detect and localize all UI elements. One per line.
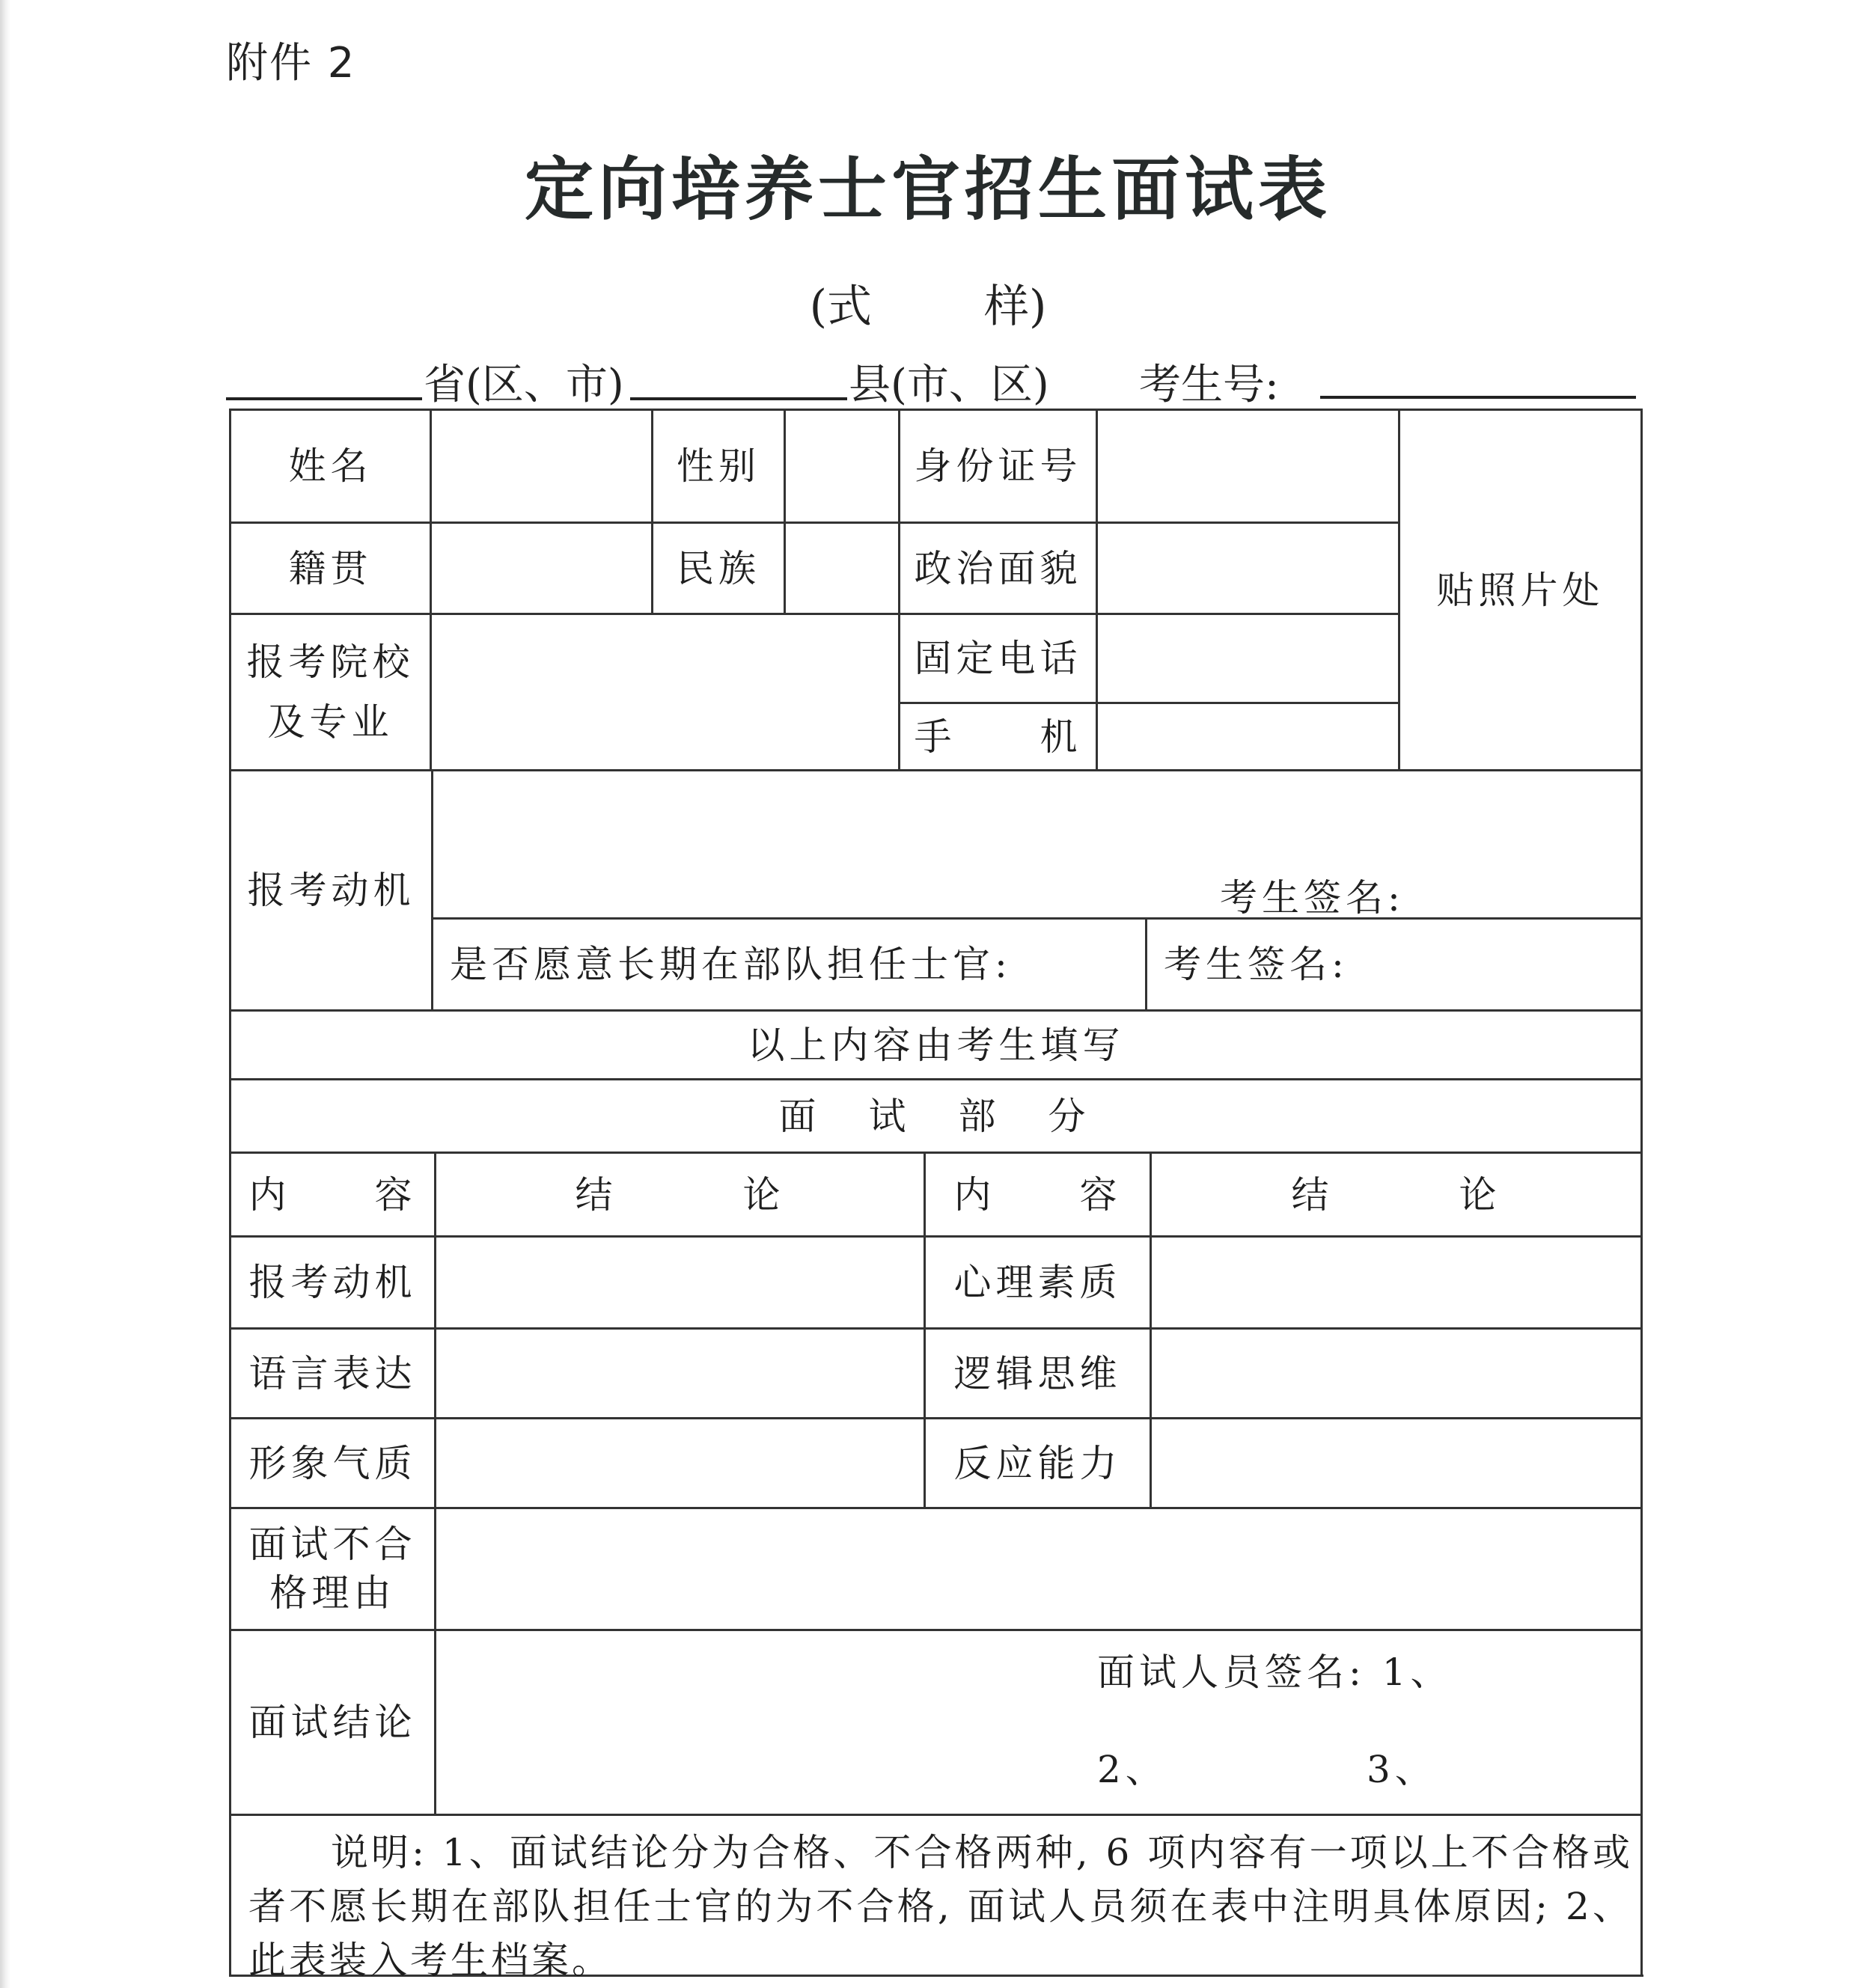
political-status-label: 政治面貌 xyxy=(900,524,1096,613)
fail-reason-field[interactable] xyxy=(436,1509,1640,1629)
fail-reason-label: 面试不合 格理由 xyxy=(231,1509,434,1629)
interviewer-2-label: 2、 xyxy=(1097,1740,1167,1793)
photo-placeholder[interactable]: 贴照片处 xyxy=(1400,411,1640,769)
county-label: 县(市、区) xyxy=(849,352,1049,412)
fail-reason-label-line2: 格理由 xyxy=(270,1569,396,1618)
landline-label: 固定电话 xyxy=(900,615,1096,702)
result-reaction[interactable] xyxy=(1152,1419,1640,1507)
item-psychological: 心理素质 xyxy=(926,1238,1150,1327)
exam-number-label: 考生号: xyxy=(1139,352,1279,412)
table-border-right xyxy=(1640,409,1643,1977)
result-image[interactable] xyxy=(436,1419,924,1507)
result-motivation[interactable] xyxy=(436,1238,924,1327)
id-number-label: 身份证号 xyxy=(900,411,1096,522)
result-language[interactable] xyxy=(436,1330,924,1417)
instructions-note: 说明: 1、面试结论分为合格、不合格两种, 6 项内容有一项以上不合格或者不愿长… xyxy=(248,1826,1633,1987)
subtitle-close: 样) xyxy=(984,281,1046,333)
item-language: 语言表达 xyxy=(231,1330,434,1417)
interviewer-3-label: 3、 xyxy=(1367,1740,1437,1793)
school-major-label: 报考院校 及专业 xyxy=(231,615,430,769)
item-logic: 逻辑思维 xyxy=(926,1330,1150,1417)
candidate-signature-label-2: 考生签名: xyxy=(1147,920,1640,1009)
fail-reason-label-line1: 面试不合 xyxy=(249,1520,417,1569)
mobile-field[interactable] xyxy=(1098,704,1398,769)
candidate-signature-label: 考生签名: xyxy=(1220,868,1405,922)
province-label: 省(区、市) xyxy=(424,352,624,412)
school-major-field[interactable] xyxy=(432,615,898,769)
motivation-field[interactable] xyxy=(433,771,1640,917)
name-field[interactable] xyxy=(432,411,651,522)
conclusion-field[interactable] xyxy=(436,1631,1640,1814)
header-content-1: 内 容 xyxy=(231,1154,434,1235)
result-psychological[interactable] xyxy=(1152,1238,1640,1327)
native-place-label: 籍贯 xyxy=(231,524,430,613)
item-reaction: 反应能力 xyxy=(926,1419,1150,1507)
exam-number-blank[interactable] xyxy=(1320,396,1636,399)
ethnicity-field[interactable] xyxy=(786,524,898,613)
id-number-field[interactable] xyxy=(1098,411,1398,522)
school-major-label-line2: 及专业 xyxy=(268,692,394,752)
school-major-label-line1: 报考院校 xyxy=(247,632,415,692)
form-subtitle: (式样) xyxy=(0,271,1856,335)
name-label: 姓名 xyxy=(231,411,430,522)
subtitle-open: (式 xyxy=(810,281,872,333)
result-logic[interactable] xyxy=(1152,1330,1640,1417)
province-blank[interactable] xyxy=(226,397,422,400)
political-status-field[interactable] xyxy=(1098,524,1398,613)
filled-by-candidate-note: 以上内容由考生填写 xyxy=(231,1012,1640,1078)
county-blank[interactable] xyxy=(630,397,847,400)
header-conclusion-1: 结 论 xyxy=(436,1154,924,1235)
long-term-service-label: 是否愿意长期在部队担任士官: xyxy=(433,920,1145,1009)
form-title: 定向培养士官招生面试表 xyxy=(0,135,1856,233)
ethnicity-label: 民族 xyxy=(653,524,784,613)
attachment-label: 附件 2 xyxy=(226,30,355,90)
row-line xyxy=(229,1814,1642,1816)
item-motivation: 报考动机 xyxy=(231,1238,434,1327)
native-place-field[interactable] xyxy=(432,524,651,613)
item-image: 形象气质 xyxy=(231,1419,434,1507)
header-conclusion-2: 结 论 xyxy=(1152,1154,1640,1235)
gender-label: 性别 xyxy=(653,411,784,522)
conclusion-label: 面试结论 xyxy=(231,1631,434,1814)
interview-section-title: 面 试 部 分 xyxy=(231,1080,1640,1151)
mobile-label: 手 机 xyxy=(900,704,1096,769)
motivation-label: 报考动机 xyxy=(231,771,431,1009)
interviewer-signature-label: 面试人员签名: 1、 xyxy=(1097,1642,1453,1696)
landline-field[interactable] xyxy=(1098,615,1398,702)
header-content-2: 内 容 xyxy=(926,1154,1150,1235)
gender-field[interactable] xyxy=(786,411,898,522)
